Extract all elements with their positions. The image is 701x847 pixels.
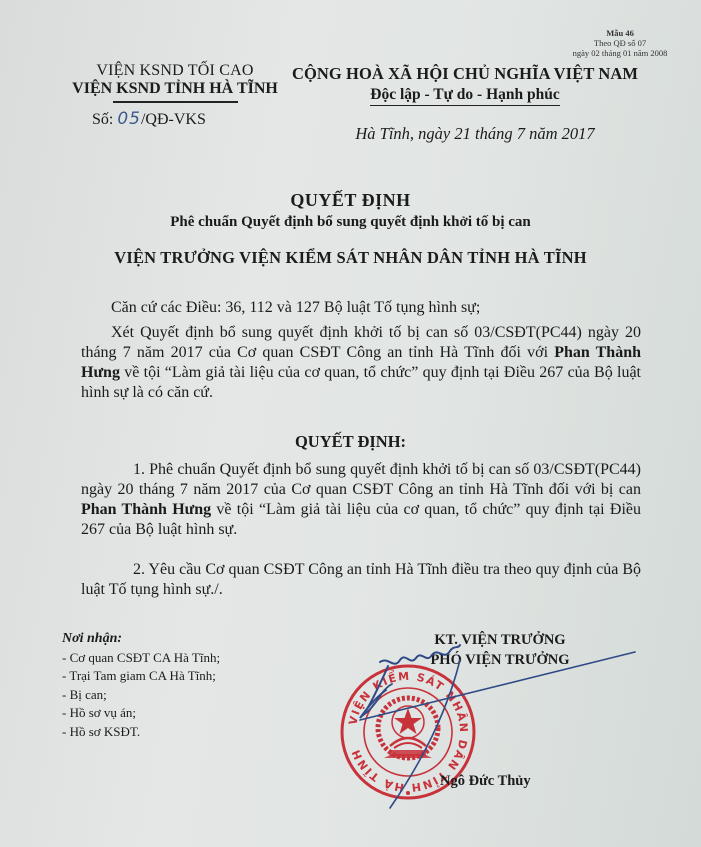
recipient-item: - Hồ sơ vụ án;: [62, 704, 220, 723]
issuer-underline: [113, 101, 238, 103]
form-number-date: ngày 02 tháng 01 năm 2008: [560, 48, 680, 58]
national-motto: Độc lập - Tự do - Hạnh phúc: [370, 86, 559, 106]
document-number: Số: 05/QĐ-VKS: [70, 109, 280, 129]
place-date: Hà Tĩnh, ngày 21 tháng 7 năm 2017: [330, 124, 620, 144]
consideration-paragraph: Xét Quyết định bổ sung quyết định khởi t…: [81, 323, 641, 403]
signature-line-1: KT. VIỆN TRƯỞNG: [380, 630, 620, 650]
legal-basis: Căn cứ các Điều: 36, 112 và 127 Bộ luật …: [81, 298, 641, 318]
document-number-handwritten: 05: [117, 109, 141, 129]
form-number: Mẫu 46 Theo QĐ số 07 ngày 02 tháng 01 nă…: [560, 28, 680, 58]
recipient-item: - Cơ quan CSĐT CA Hà Tĩnh;: [62, 649, 220, 668]
decision-item-1-text-a: 1. Phê chuẩn Quyết định bổ sung quyết đị…: [81, 461, 641, 498]
recipient-item: - Hồ sơ KSĐT.: [62, 723, 220, 742]
document-number-suffix: /QĐ-VKS: [141, 111, 206, 128]
document-page: Mẫu 46 Theo QĐ số 07 ngày 02 tháng 01 nă…: [0, 0, 701, 847]
recipients-list: Nơi nhận: - Cơ quan CSĐT CA Hà Tĩnh; - T…: [62, 630, 220, 741]
document-number-prefix: Số:: [92, 111, 113, 128]
document-title: QUYẾT ĐỊNH: [0, 190, 701, 211]
recipient-item: - Trại Tam giam CA Hà Tĩnh;: [62, 667, 220, 686]
decision-item-1: 1. Phê chuẩn Quyết định bổ sung quyết đị…: [81, 460, 641, 540]
decision-item-1-name: Phan Thành Hưng: [81, 501, 211, 518]
recipient-item: - Bị can;: [62, 686, 220, 705]
form-number-name: Mẫu 46: [560, 28, 680, 38]
consideration-text-2: về tội “Làm giả tài liệu của cơ quan, tổ…: [81, 364, 641, 401]
recipients-heading: Nơi nhận:: [62, 630, 220, 649]
form-number-ref: Theo QĐ số 07: [560, 38, 680, 48]
national-header: CỘNG HOÀ XÃ HỘI CHỦ NGHĨA VIỆT NAM Độc l…: [290, 64, 640, 106]
decision-item-2: 2. Yêu cầu Cơ quan CSĐT Công an tỉnh Hà …: [81, 560, 641, 600]
issuer-header: VIỆN KSND TỐI CAO VIỆN KSND TỈNH HÀ TĨNH…: [70, 62, 280, 129]
document-subtitle: Phê chuẩn Quyết định bổ sung quyết định …: [0, 214, 701, 231]
issuer-parent: VIỆN KSND TỐI CAO: [70, 62, 280, 80]
signer-name: Ngô Đức Thủy: [440, 773, 531, 790]
issuer-name: VIỆN KSND TỈNH HÀ TĨNH: [70, 80, 280, 98]
country-name: CỘNG HOÀ XÃ HỘI CHỦ NGHĨA VIỆT NAM: [290, 64, 640, 84]
issuing-authority: VIỆN TRƯỞNG VIỆN KIỂM SÁT NHÂN DÂN TỈNH …: [0, 248, 701, 268]
decision-heading: QUYẾT ĐỊNH:: [0, 432, 701, 452]
